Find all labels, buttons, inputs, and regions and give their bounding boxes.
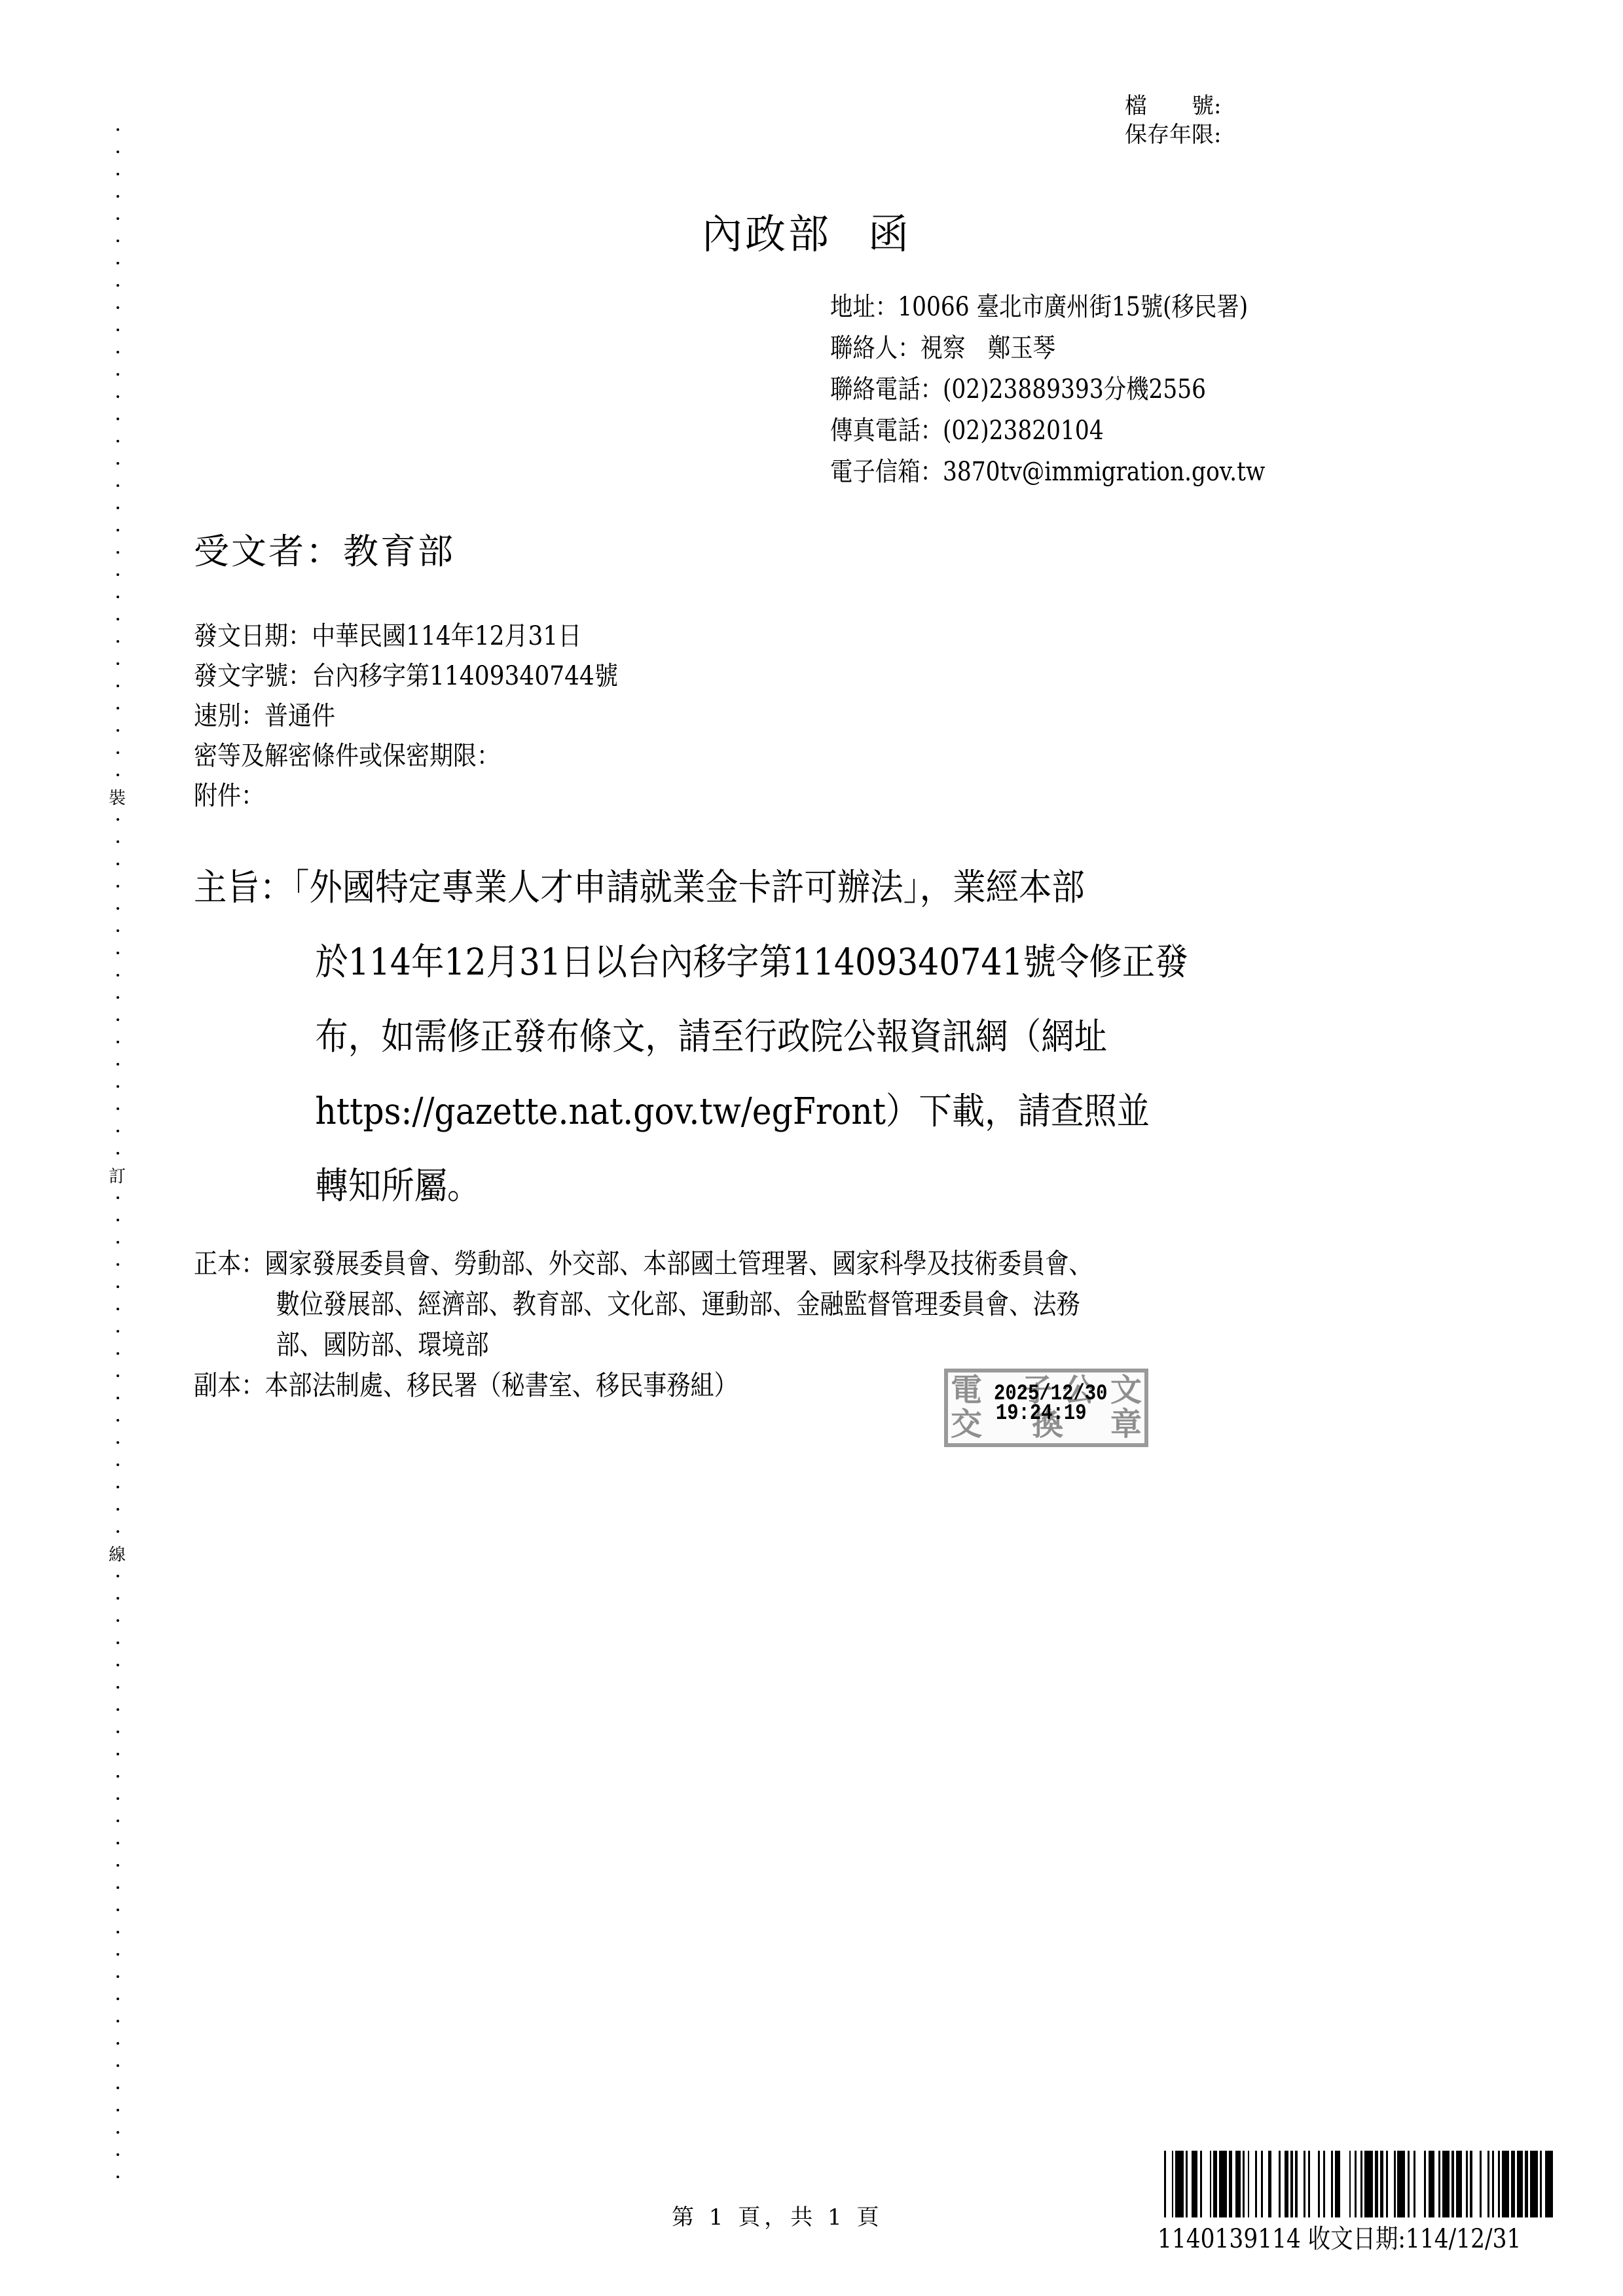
subject-line-3: 布，如需修正發布條文，請至行政院公報資訊網（網址	[194, 1000, 1188, 1075]
binding-dot	[117, 1842, 119, 1844]
binding-dot	[117, 1686, 119, 1689]
binding-dot	[117, 1241, 119, 1244]
binding-dot	[117, 929, 119, 932]
binding-dot	[117, 262, 119, 264]
binding-dot	[117, 1330, 119, 1333]
binding-dot	[117, 2176, 119, 2178]
binding-dot	[117, 1886, 119, 1889]
binding-dot	[117, 1085, 119, 1088]
binding-dot	[117, 1731, 119, 1733]
binding-dot	[117, 2042, 119, 2045]
binding-dot	[117, 195, 119, 198]
main-recipients-line-1: 正本：國家發展委員會、勞動部、外交部、本部國土管理署、國家科學及技術委員會、	[194, 1244, 1093, 1284]
binding-dot	[117, 707, 119, 709]
fax-number: 傳真電話：(02)23820104	[830, 410, 1265, 452]
binding-dot	[117, 818, 119, 821]
recipient-value: 教育部	[343, 531, 455, 572]
binding-dot	[117, 351, 119, 353]
received-date: 114/12/31	[1406, 2224, 1521, 2254]
document-meta: 發文日期：中華民國114年12月31日 發文字號：台內移字第1140934074…	[194, 617, 618, 816]
binding-dot	[117, 863, 119, 865]
binding-dot	[117, 751, 119, 754]
main-recipients-line-3: 部、國防部、環境部	[194, 1325, 1093, 1365]
contact-person: 聯絡人：視察 鄭玉琴	[830, 328, 1265, 369]
binding-dot	[117, 1775, 119, 1778]
binding-dot	[117, 618, 119, 620]
binding-dot	[117, 885, 119, 888]
binding-dot	[117, 1597, 119, 1600]
stamp-char: 電	[951, 1374, 982, 1407]
barcode-caption: 1140139114 收文日期:114/12/31	[1158, 2224, 1521, 2254]
binding-dot	[117, 1308, 119, 1310]
binding-dot	[117, 952, 119, 954]
binding-dot	[117, 1575, 119, 1577]
recipient-label: 受文者：	[194, 531, 343, 572]
reference-number: 發文字號：台內移字第11409340744號	[194, 656, 618, 696]
binding-dot	[117, 2020, 119, 2022]
binding-dot	[117, 440, 119, 442]
binding-dot	[117, 1352, 119, 1355]
subject-line-2: 於114年12月31日以台內移字第11409340741號令修正發	[194, 925, 1188, 1000]
main-recipients-label: 正本：	[194, 1247, 264, 1280]
subject-section: 主旨：「外國特定專業人才申請就業金卡許可辦法」，業經本部 於114年12月31日…	[194, 851, 1188, 1224]
barcode-number: 1140139114	[1158, 2224, 1301, 2254]
document-title: 內政部函	[702, 208, 911, 260]
binding-dot	[117, 1708, 119, 1711]
binding-dot	[117, 128, 119, 131]
binding-mark: 線	[109, 1546, 126, 1564]
binding-mark: 訂	[109, 1168, 126, 1186]
binding-dot	[117, 484, 119, 487]
stamp-timestamp: 2025/12/30 19:24:19	[994, 1384, 1089, 1424]
binding-dot	[117, 1975, 119, 1978]
binding-dot	[117, 1909, 119, 1911]
binding-dot	[117, 329, 119, 331]
binding-dot	[117, 640, 119, 643]
binding-dot	[117, 1018, 119, 1021]
barcode	[1164, 2151, 1556, 2217]
binding-dot	[117, 1664, 119, 1666]
binding-dot	[117, 974, 119, 977]
main-recipients-line-2: 數位發展部、經濟部、教育部、文化部、運動部、金融監督管理委員會、法務	[194, 1284, 1093, 1325]
binding-dot	[117, 596, 119, 598]
binding-dot	[117, 529, 119, 531]
binding-dot	[117, 996, 119, 999]
binding-dot	[117, 1998, 119, 2000]
binding-dot	[117, 1619, 119, 1622]
attachments: 附件：	[194, 776, 618, 816]
address: 地址：10066 臺北市廣州街15號(移民署)	[830, 287, 1265, 328]
stamp-char: 章	[1110, 1408, 1142, 1441]
recipient: 受文者：教育部	[194, 529, 455, 575]
document-type: 函	[868, 210, 911, 258]
binding-dot	[117, 907, 119, 910]
subject-line-1: 主旨：「外國特定專業人才申請就業金卡許可辦法」，業經本部	[194, 851, 1188, 925]
binding-dot	[117, 1486, 119, 1488]
binding-dot	[117, 2064, 119, 2067]
binding-dot	[117, 662, 119, 665]
subject-label: 主旨：	[194, 867, 293, 909]
email-address: 電子信箱：3870tv@immigration.gov.tw	[830, 452, 1265, 493]
binding-dot	[117, 240, 119, 242]
binding-dot	[117, 1530, 119, 1533]
electronic-exchange-stamp: 電 子 公 文 交 換 章 2025/12/30 19:24:19	[944, 1369, 1148, 1447]
binding-dot	[117, 151, 119, 153]
binding-dot	[117, 2131, 119, 2134]
binding-dot	[117, 1374, 119, 1377]
binding-dot	[117, 1263, 119, 1266]
binding-dot	[117, 1508, 119, 1511]
binding-dot	[117, 1041, 119, 1043]
binding-dot	[117, 1463, 119, 1466]
binding-dot	[117, 1130, 119, 1132]
binding-dot	[117, 173, 119, 175]
binding-dot	[117, 1820, 119, 1822]
issuing-agency: 內政部	[702, 210, 831, 258]
delivery-speed: 速別：普通件	[194, 696, 618, 736]
binding-dot	[117, 507, 119, 509]
archive-info: 檔 號: 保存年限:	[1125, 92, 1221, 149]
copy-recipients-value: 本部法制處、移民署（秘書室、移民事務組）	[264, 1369, 737, 1401]
classification: 密等及解密條件或保密期限：	[194, 736, 618, 776]
binding-dot	[117, 1419, 119, 1422]
binding-dot	[117, 1931, 119, 1933]
binding-dot	[117, 551, 119, 554]
binding-dot	[117, 306, 119, 309]
binding-dot	[117, 217, 119, 220]
binding-dot	[117, 1797, 119, 1800]
binding-dot	[117, 1641, 119, 1644]
binding-dot	[117, 1219, 119, 1221]
binding-dot	[117, 1441, 119, 1444]
contact-phone: 聯絡電話：(02)23889393分機2556	[830, 369, 1265, 410]
binding-dot	[117, 1753, 119, 1755]
binding-dot	[117, 462, 119, 465]
binding-dot	[117, 1107, 119, 1110]
page-indicator: 第 1 頁，共 1 頁	[672, 2199, 883, 2231]
binding-dot	[117, 840, 119, 843]
binding-mark: 裝	[109, 789, 126, 808]
binding-dot	[117, 1397, 119, 1399]
binding-dot	[117, 418, 119, 420]
stamp-char: 文	[1110, 1374, 1142, 1407]
subject-line-5: 轉知所屬。	[194, 1149, 1188, 1224]
binding-dot	[117, 1063, 119, 1066]
binding-dot	[117, 774, 119, 776]
contact-block: 地址：10066 臺北市廣州街15號(移民署) 聯絡人：視察 鄭玉琴 聯絡電話：…	[830, 287, 1265, 493]
binding-dot	[117, 2109, 119, 2111]
binding-dot	[117, 373, 119, 376]
retention-period-label: 保存年限:	[1125, 120, 1221, 149]
subject-line-4: https://gazette.nat.gov.tw/egFront）下載，請查…	[194, 1075, 1188, 1149]
binding-dot	[117, 2153, 119, 2156]
binding-dot	[117, 395, 119, 398]
received-date-label: 收文日期:	[1308, 2224, 1406, 2254]
binding-dot	[117, 2087, 119, 2089]
stamp-time: 19:24:19	[994, 1404, 1089, 1424]
binding-dot	[117, 573, 119, 576]
stamp-char: 交	[951, 1408, 982, 1441]
binding-dot	[117, 729, 119, 732]
binding-dot	[117, 284, 119, 287]
file-number-label: 檔 號:	[1125, 92, 1221, 120]
issue-date: 發文日期：中華民國114年12月31日	[194, 617, 618, 656]
binding-dot	[117, 1196, 119, 1199]
copy-recipients-label: 副本：	[194, 1369, 264, 1401]
binding-dot	[117, 1152, 119, 1155]
binding-dot	[117, 685, 119, 687]
binding-dot	[117, 1864, 119, 1867]
binding-dot	[117, 1285, 119, 1288]
binding-dot	[117, 1953, 119, 1956]
